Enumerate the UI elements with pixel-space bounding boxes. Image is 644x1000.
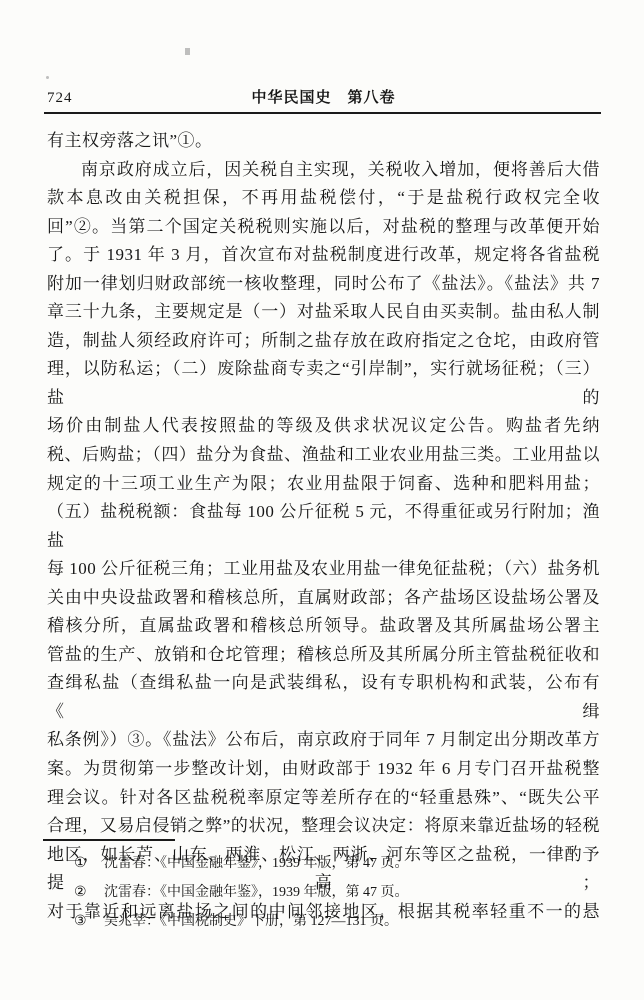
header-rule — [44, 112, 601, 114]
body-line: 每 100 公斤征税三角；工业用盐及农业用盐一律免征盐税；（六）盐务机 — [47, 555, 600, 584]
footnote-rule — [43, 839, 175, 841]
running-title: 中华民国史 第八卷 — [117, 86, 530, 107]
footnote-marker: ③ — [74, 907, 93, 936]
body-line: 附加一律划归财政部统一核收整理，同时公布了《盐法》。《盐法》共 7 — [47, 270, 600, 299]
body-line: 稽核分所，直属盐政署和稽核总所领导。盐政署及其所属盐场公署主 — [47, 612, 600, 641]
scan-speck — [185, 48, 190, 55]
footnote-text: 沈雷春：《中国金融年鉴》，1939 年版，第 47 页。 — [93, 878, 594, 907]
footnote-text: 沈雷春：《中国金融年鉴》，1939 年版，第 47 页。 — [93, 849, 594, 878]
page-header: 724 中华民国史 第八卷 — [47, 86, 600, 107]
footnote-marker: ② — [74, 878, 93, 907]
footnote-text: 吴兆莘：《中国税制史》下册，第 127—131 页。 — [93, 907, 594, 936]
book-page: 724 中华民国史 第八卷 有主权旁落之讯”①。 南京政府成立后，因关税自主实现… — [0, 0, 644, 1000]
body-line: 理，以防私运；（二）废除盐商专卖之“引岸制”，实行就场征税；（三）盐的 — [47, 355, 600, 412]
body-line: 税、后购盐；（四）盐分为食盐、渔盐和工业农业用盐三类。工业用盐以 — [47, 441, 600, 470]
body-line: 管盐的生产、放销和仓坨管理；稽核总所及其所属分所主管盐税征收和 — [47, 641, 600, 670]
body-line: 查缉私盐（查缉私盐一向是武装缉私，设有专职机构和武装，公布有《缉 — [47, 669, 600, 726]
footnote-item: ② 沈雷春：《中国金融年鉴》，1939 年版，第 47 页。 — [74, 878, 594, 907]
body-line: 规定的十三项工业生产为限；农业用盐限于饲畜、选种和肥料用盐； — [47, 470, 600, 499]
body-line: 造，制盐人须经政府许可；所制之盐存放在政府指定之仓坨，由政府管 — [47, 327, 600, 356]
footnote-marker: ① — [74, 849, 93, 878]
body-line: 场价由制盐人代表按照盐的等级及供求状况议定公告。购盐者先纳 — [47, 412, 600, 441]
body-line: 章三十九条，主要规定是（一）对盐采取人民自由买卖制。盐由私人制 — [47, 298, 600, 327]
body-line: 合理，又易启侵销之弊”的状况，整理会议决定：将原来靠近盐场的轻税 — [47, 812, 600, 841]
page-number: 724 — [47, 90, 117, 107]
footnote-item: ① 沈雷春：《中国金融年鉴》，1939 年版，第 47 页。 — [74, 849, 594, 878]
body-line: 案。为贯彻第一步整改计划，由财政部于 1932 年 6 月专门召开盐税整 — [47, 755, 600, 784]
body-line: 款本息改由关税担保，不再用盐税偿付，“于是盐税行政权完全收 — [47, 184, 600, 213]
body-line: 了。于 1931 年 3 月，首次宣布对盐税制度进行改革，规定将各省盐税 — [47, 241, 600, 270]
body-line: （五）盐税税额：食盐每 100 公斤征税 5 元，不得重征或另行附加；渔盐 — [47, 498, 600, 555]
body-line: 有主权旁落之讯”①。 — [47, 127, 600, 156]
scan-speck — [46, 76, 49, 79]
body-line: 南京政府成立后，因关税自主实现，关税收入增加，便将善后大借 — [47, 156, 600, 185]
footnote-item: ③ 吴兆莘：《中国税制史》下册，第 127—131 页。 — [74, 907, 594, 936]
body-text: 有主权旁落之讯”①。 南京政府成立后，因关税自主实现，关税收入增加，便将善后大借… — [47, 127, 600, 926]
body-line: 回”②。当第二个国定关税税则实施以后，对盐税的整理与改革便开始 — [47, 213, 600, 242]
body-line: 理会议。针对各区盐税税率原定等差所存在的“轻重悬殊”、“既失公平 — [47, 784, 600, 813]
body-line: 私条例》）③。《盐法》公布后，南京政府于同年 7 月制定出分期改革方 — [47, 726, 600, 755]
body-line: 关由中央设盐政署和稽核总所，直属财政部；各产盐场区设盐场公署及 — [47, 584, 600, 613]
footnotes: ① 沈雷春：《中国金融年鉴》，1939 年版，第 47 页。 ② 沈雷春：《中国… — [74, 849, 594, 936]
